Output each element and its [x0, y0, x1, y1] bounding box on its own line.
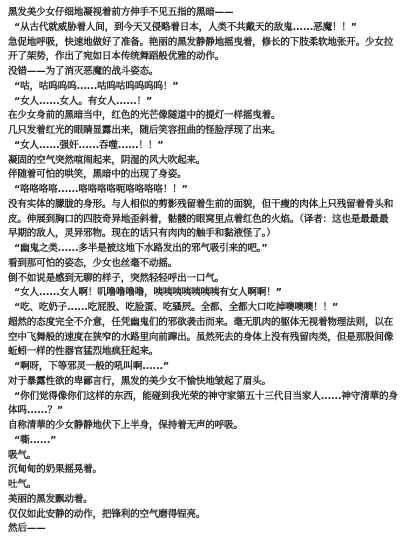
text-line: 在少女身前的黑暗当中，红色的光芒像隧道中的提灯一样摇曳着。: [8, 109, 392, 124]
text-line: “女人......强奸......吞噬......！！”: [8, 139, 392, 154]
text-line: “嘶......”: [8, 434, 392, 449]
text-line: 早期的敌人，灵异邪物。现在的话只有肉肉的触手和黏液怪了。）: [8, 227, 392, 242]
text-line: 几只发着红光的眼睛显露出来，随后笑容扭曲的怪脸浮现了出来。: [8, 124, 392, 139]
text-line: “咯咯咯咯......咯咯咯咯呃咯咯咯咯！！”: [8, 183, 392, 198]
text-line: 伴随着可怕的哄笑，黑暗中的出现了身姿。: [8, 168, 392, 183]
text-line: 看到那可怕的姿态，少女也丝毫不动摇。: [8, 257, 392, 272]
text-line: 开了架势，作出了宛如日本传统舞蹈般优雅的动作。: [8, 50, 392, 65]
text-line: 超然的态度完全不介意，任凭幽鬼们的邪欲袭击而来。毫无肌肉的躯体无视着物理法则，以…: [8, 316, 392, 331]
text-line: “咕，咕呜呜呜......咕呜咕呜呜呜呜！”: [8, 80, 392, 95]
text-line: “女人......女人啊！叽噜噜噜噜，咦咦咦咦咦咦咦有女人啊啊！”: [8, 286, 392, 301]
text-line: 急促地呼吸，快速地做好了准备。艳丽的黑发静静地摇曳着，修长的下肢柔软地张开。少女…: [8, 36, 392, 51]
text-line: 对于暴露性欲的卑鄙言行，黑发的美少女不愉快地皱起了眉头。: [8, 375, 392, 390]
text-line: 蚯蚓一样的性器官猛烈地疯狂起来。: [8, 345, 392, 360]
text-line: “从古代就威胁着人间，到今天又侵略着日本，人类不共戴天的敌鬼......恶魔！！…: [8, 21, 392, 36]
text-line: 吸气。: [8, 449, 392, 464]
text-line: 皮。伸展到胸口的四肢奇异地歪斜着，骷髅的眼窝里点着红色的火焰。（译者：这也是最最…: [8, 213, 392, 228]
text-line: 空中飞舞般的速度在狭窄的水路里向前蹿出。虽然死去的身体上没有残留肉类，但是那股间…: [8, 331, 392, 346]
text-line: 没有实体的朦胧的身形。与人相似的剪影残留着生前的面貌，但干瘦的肉体上只残留着骨头…: [8, 198, 392, 213]
text-line: 没错——为了消灭恶魔的战斗姿态。: [8, 65, 392, 80]
text-line: 吐气。: [8, 478, 392, 493]
text-line: “你们觉得像你们这样的东西，能碰到我光荣的神守家第五十三代目当家人......神…: [8, 390, 392, 405]
text-line: 沉甸甸的奶果摇晃着。: [8, 463, 392, 478]
text-line: 倒不如说是感到无聊的样子，突然轻轻呼出一口气。: [8, 272, 392, 287]
text-line: 黑发美少女仔细地凝视着前方伸手不见五指的黑暗——: [8, 6, 392, 21]
text-line: 自称清華的少女静静地伏下上半身，保持着无声的呼吸。: [8, 419, 392, 434]
text-line: 美丽的黑发飘动着。: [8, 493, 392, 508]
novel-text: 黑发美少女仔细地凝视着前方伸手不见五指的黑暗——“从古代就威胁着人间，到今天又侵…: [8, 6, 392, 537]
text-line: 凝固的空气突然喧闹起来，阴湿的风大吹起来。: [8, 154, 392, 169]
text-line: “女人......女人。有女人......！”: [8, 95, 392, 110]
novel-reader-page: 黑发美少女仔细地凝视着前方伸手不见五指的黑暗——“从古代就威胁着人间，到今天又侵…: [0, 0, 400, 546]
text-line: 然后——: [8, 522, 392, 537]
text-line: 仅仅如此安静的动作，把锋利的空气磨得锃亮。: [8, 508, 392, 523]
text-line: “啊呀，下等邪灵一般的吼叫啊......”: [8, 360, 392, 375]
text-line: 体吗......？”: [8, 404, 392, 419]
text-line: “幽鬼之类......多半是被这地下水路发出的邪气吸引来的吧。”: [8, 242, 392, 257]
text-line: “吃、吃奶子......吃屁股、吃脸蛋、吃骚屄。全都、全都大口吃掉噢噢噢！！”: [8, 301, 392, 316]
